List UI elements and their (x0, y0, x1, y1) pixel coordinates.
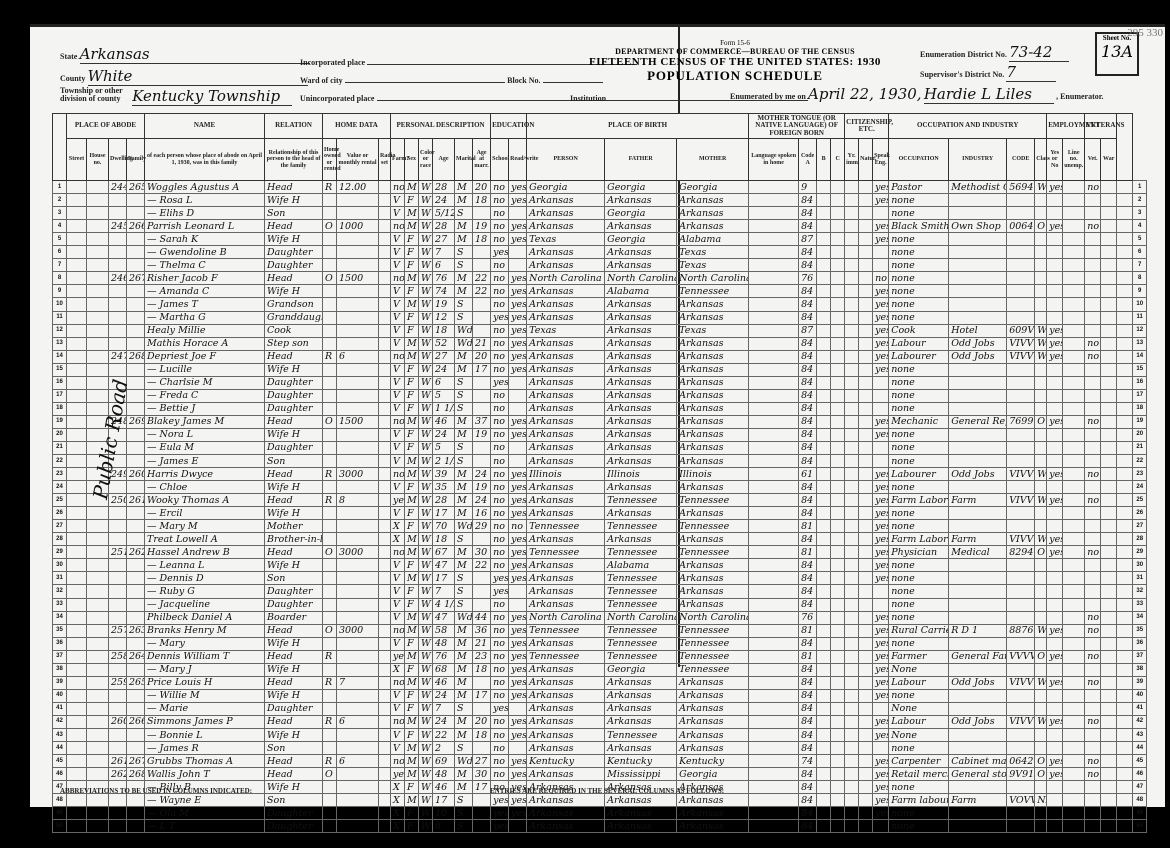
cell-emp (1047, 194, 1063, 207)
cell-rw (509, 259, 527, 272)
cell-empty (749, 807, 799, 820)
cell-am: 30 (473, 546, 491, 559)
cell-empty (379, 663, 391, 676)
cell-race: W (419, 415, 433, 428)
cell-eng: yes (873, 337, 889, 350)
cell-age: 46 (433, 415, 455, 428)
cell-oc: VIVV (1007, 533, 1035, 546)
cell-code: 81 (799, 546, 817, 559)
cell-am: 36 (473, 624, 491, 637)
cell-cls (1035, 311, 1047, 324)
table-row: 36— MaryWife HVFW48M21noyesArkansasTenne… (53, 637, 1147, 650)
cell-mar: M (455, 363, 473, 376)
cell-sch: no (491, 428, 509, 441)
cell-rel: Son (265, 742, 323, 755)
cell-emp (1047, 285, 1063, 298)
cell-empty (817, 337, 831, 350)
cell-empty (749, 415, 799, 428)
cell-empty (859, 311, 873, 324)
cell-empty (67, 415, 87, 428)
table-row: 37258264Dennis William THeadRyesMW76M23n… (53, 650, 1147, 663)
cell-empty (831, 702, 845, 715)
cell-cls (1035, 637, 1047, 650)
cell-occ: None (889, 729, 949, 742)
cell-mb: Tennessee (677, 285, 749, 298)
cell-empty (1101, 363, 1117, 376)
cell-empty (845, 520, 859, 533)
cell-vet (1085, 363, 1101, 376)
line-number: 43 (53, 729, 67, 742)
cell-empty (859, 363, 873, 376)
cell-sch: yes (491, 585, 509, 598)
cell-vet: no (1085, 220, 1101, 233)
cell-oc (1007, 637, 1035, 650)
cell-empty (379, 246, 391, 259)
cell-dw (109, 337, 127, 350)
cell-empty (845, 546, 859, 559)
cell-am (473, 742, 491, 755)
cell-race: W (419, 181, 433, 194)
cell-am: 19 (473, 481, 491, 494)
cell-cls: W (1035, 676, 1047, 689)
cell-empty (1063, 572, 1085, 585)
cell-empty (845, 755, 859, 768)
cell-occ: none (889, 742, 949, 755)
cell-code: 84 (799, 689, 817, 702)
cell-empty (1063, 272, 1085, 285)
cell-empty (817, 233, 831, 246)
cell-own: R (323, 181, 337, 194)
cell-empty (1117, 415, 1133, 428)
cell-am (473, 585, 491, 598)
cell-empty (859, 546, 873, 559)
cell-empty (379, 637, 391, 650)
cell-sch: no (491, 285, 509, 298)
cell-age: 76 (433, 272, 455, 285)
cell-sch: no (491, 533, 509, 546)
cell-age: 7 (433, 246, 455, 259)
cell-cls (1035, 729, 1047, 742)
cell-eng: yes (873, 324, 889, 337)
cell-occ: Mechanic (889, 415, 949, 428)
cell-mb: Tennessee (677, 494, 749, 507)
cell-vet: no (1085, 676, 1101, 689)
cell-empty (859, 676, 873, 689)
cell-pb: Arkansas (527, 715, 605, 728)
cell-pb: Tennessee (527, 650, 605, 663)
cell-empty (817, 207, 831, 220)
cell-empty (817, 598, 831, 611)
cell-ind (949, 285, 1007, 298)
cell-sch: no (491, 729, 509, 742)
cell-empty (859, 742, 873, 755)
cell-empty (845, 337, 859, 350)
cell-mb: Arkansas (677, 689, 749, 702)
cell-sch: no (491, 520, 509, 533)
cell-mb: Arkansas (677, 207, 749, 220)
cell-empty (1101, 742, 1117, 755)
cell-sex: F (405, 689, 419, 702)
cell-race: W (419, 337, 433, 350)
cell-emp: yes (1047, 546, 1063, 559)
cell-eng (873, 389, 889, 402)
cell-rw: yes (509, 298, 527, 311)
cell-empty (1117, 546, 1133, 559)
table-row: 12Healy MillieCookVFW18WdnoyesTexasArkan… (53, 324, 1147, 337)
cell-empty (817, 363, 831, 376)
cell-empty (1063, 415, 1085, 428)
cell-rw: yes (509, 428, 527, 441)
cell-dw: 262 (109, 768, 127, 781)
cell-vet: no (1085, 415, 1101, 428)
cell-age: 6 (433, 259, 455, 272)
cell-own: O (323, 546, 337, 559)
cell-race: W (419, 755, 433, 768)
cell-empty (859, 481, 873, 494)
cell-empty (749, 311, 799, 324)
line-number: 6 (1133, 246, 1147, 259)
cell-empty (845, 441, 859, 454)
cell-empty (1101, 546, 1117, 559)
table-row: 49— Ola MDaughterXFW10SyesyesArkansasArk… (53, 807, 1147, 820)
cell-rel: Daughter (265, 246, 323, 259)
cell-own (323, 311, 337, 324)
table-row: 24— ChloeWife HVFW35M19noyesArkansasArka… (53, 481, 1147, 494)
cell-empty (1063, 337, 1085, 350)
cell-emp (1047, 233, 1063, 246)
line-number: 37 (1133, 650, 1147, 663)
cell-empty (831, 585, 845, 598)
cell-empty (1063, 481, 1085, 494)
cell-race: W (419, 624, 433, 637)
cell-fam: 264 (127, 650, 145, 663)
cell-emp: yes (1047, 324, 1063, 337)
cell-rel: Wife H (265, 559, 323, 572)
cell-val: 3000 (337, 624, 379, 637)
cell-own: R (323, 350, 337, 363)
cell-vet (1085, 324, 1101, 337)
cell-pb: Arkansas (527, 559, 605, 572)
cell-empty (1101, 233, 1117, 246)
cell-sch: no (491, 663, 509, 676)
cell-vet (1085, 272, 1101, 285)
cell-empty (859, 611, 873, 624)
cell-pb: Arkansas (527, 376, 605, 389)
cell-name: Wallis John T (145, 768, 265, 781)
cell-occ: Carpenter (889, 755, 949, 768)
cell-ind (949, 389, 1007, 402)
cell-pb: Arkansas (527, 455, 605, 468)
cell-pb: Tennessee (527, 546, 605, 559)
cell-race: W (419, 220, 433, 233)
cell-empty (1101, 637, 1117, 650)
line-number: 36 (53, 637, 67, 650)
cell-oc: 0642 (1007, 755, 1035, 768)
cell-val: 6 (337, 350, 379, 363)
cell-empty (67, 233, 87, 246)
cell-empty (1117, 337, 1133, 350)
cell-empty (859, 324, 873, 337)
cell-empty (67, 272, 87, 285)
cell-eng (873, 742, 889, 755)
cell-fb: Arkansas (605, 376, 677, 389)
cell-mar: M (455, 468, 473, 481)
cell-code: 84 (799, 729, 817, 742)
cell-empty (87, 559, 109, 572)
cell-cls (1035, 207, 1047, 220)
cell-ind: Farm (949, 494, 1007, 507)
cell-mb: Arkansas (677, 676, 749, 689)
cell-empty (831, 715, 845, 728)
cell-am (473, 441, 491, 454)
cell-occ: Cook (889, 324, 949, 337)
cell-pb: Arkansas (527, 428, 605, 441)
cell-fam: 266 (127, 715, 145, 728)
cell-own (323, 246, 337, 259)
cell-val (337, 285, 379, 298)
cell-empty (1063, 246, 1085, 259)
cell-pb: Texas (527, 233, 605, 246)
cell-rel: Son (265, 572, 323, 585)
cell-empty (1101, 376, 1117, 389)
cell-empty (1063, 389, 1085, 402)
cell-empty (845, 637, 859, 650)
cell-rw: yes (509, 337, 527, 350)
cell-race: W (419, 311, 433, 324)
cell-vet (1085, 729, 1101, 742)
cell-cls: W (1035, 468, 1047, 481)
cell-empty (749, 389, 799, 402)
cell-empty (1117, 768, 1133, 781)
line-number: 10 (1133, 298, 1147, 311)
cell-empty (845, 402, 859, 415)
cell-empty (379, 259, 391, 272)
cell-eng: yes (873, 494, 889, 507)
line-number: 42 (1133, 715, 1147, 728)
cell-empty (845, 324, 859, 337)
cell-farm: no (391, 272, 405, 285)
cell-own (323, 441, 337, 454)
cell-race: W (419, 598, 433, 611)
cell-am (473, 207, 491, 220)
cell-cls: W (1035, 494, 1047, 507)
cell-empty (749, 376, 799, 389)
cell-mar: S (455, 598, 473, 611)
cell-fb: Tennessee (605, 598, 677, 611)
cell-empty (831, 415, 845, 428)
cell-am: 20 (473, 181, 491, 194)
cell-rw: yes (509, 272, 527, 285)
cell-empty (845, 807, 859, 820)
cell-own (323, 533, 337, 546)
cell-empty (67, 181, 87, 194)
line-number: 3 (1133, 207, 1147, 220)
cell-occ: none (889, 298, 949, 311)
cell-rw: yes (509, 637, 527, 650)
cell-mar: S (455, 742, 473, 755)
cell-fb: Arkansas (605, 533, 677, 546)
table-row: 46262268Wallis John THeadOyesMW48M30noye… (53, 768, 1147, 781)
cell-name: — Ola M (145, 807, 265, 820)
cell-own: O (323, 768, 337, 781)
cell-own (323, 572, 337, 585)
cell-name: Risher Jacob F (145, 272, 265, 285)
line-number: 21 (1133, 441, 1147, 454)
cell-oc: 0064 (1007, 220, 1035, 233)
cell-fb: Arkansas (605, 455, 677, 468)
cell-fb: Alabama (605, 285, 677, 298)
cell-oc (1007, 272, 1035, 285)
cell-age: 24 (433, 428, 455, 441)
cell-am (473, 324, 491, 337)
line-number: 18 (1133, 402, 1147, 415)
cell-age: 10 (433, 807, 455, 820)
cell-rw: yes (509, 494, 527, 507)
cell-code: 84 (799, 220, 817, 233)
cell-mar: S (455, 820, 473, 833)
cell-fb: Arkansas (605, 220, 677, 233)
cell-eng: yes (873, 233, 889, 246)
cell-empty (817, 729, 831, 742)
cell-sex: F (405, 481, 419, 494)
cell-own (323, 207, 337, 220)
line-number: 46 (1133, 768, 1147, 781)
cell-farm: no (391, 181, 405, 194)
cell-fam (127, 585, 145, 598)
cell-empty (1117, 220, 1133, 233)
table-row: 13Mathis Horace AStep sonVMW52Wd21noyesA… (53, 337, 1147, 350)
cell-ind (949, 259, 1007, 272)
cell-cls (1035, 233, 1047, 246)
cell-dw (109, 207, 127, 220)
cell-oc: VIVV (1007, 715, 1035, 728)
cell-oc (1007, 663, 1035, 676)
cell-rel: Head (265, 350, 323, 363)
cell-emp (1047, 520, 1063, 533)
cell-sex: F (405, 507, 419, 520)
cell-pb: Arkansas (527, 585, 605, 598)
cell-empty (1117, 689, 1133, 702)
cell-mar: M (455, 507, 473, 520)
cell-occ: none (889, 402, 949, 415)
cell-empty (379, 624, 391, 637)
cell-oc (1007, 207, 1035, 220)
cell-rw: yes (509, 481, 527, 494)
cell-empty (831, 389, 845, 402)
cell-fb: Arkansas (605, 689, 677, 702)
cell-occ: Farmer (889, 650, 949, 663)
cell-empty (845, 246, 859, 259)
cell-code: 84 (799, 363, 817, 376)
cell-val (337, 702, 379, 715)
cell-val (337, 650, 379, 663)
cell-empty (859, 807, 873, 820)
cell-empty (859, 702, 873, 715)
cell-vet (1085, 559, 1101, 572)
cell-vet (1085, 637, 1101, 650)
cell-rw (509, 455, 527, 468)
cell-fam (127, 311, 145, 324)
cell-rel: Daughter (265, 702, 323, 715)
cell-dw (109, 742, 127, 755)
cell-pb: Georgia (527, 181, 605, 194)
cell-ind: R D 1 (949, 624, 1007, 637)
table-row: 22— James ESonVMW2 1/2SnoArkansasArkansa… (53, 455, 1147, 468)
cell-empty (87, 650, 109, 663)
cell-empty (379, 311, 391, 324)
cell-sch: yes (491, 820, 509, 833)
cell-sex: M (405, 715, 419, 728)
cell-cls: O (1035, 650, 1047, 663)
cell-dw: 244 (109, 181, 127, 194)
cell-empty (379, 428, 391, 441)
cell-eng: yes (873, 311, 889, 324)
cell-occ: none (889, 507, 949, 520)
cell-empty (817, 559, 831, 572)
cell-rel: Wife H (265, 194, 323, 207)
cell-empty (1101, 455, 1117, 468)
cell-dw (109, 611, 127, 624)
cell-fam (127, 559, 145, 572)
cell-pb: Arkansas (527, 702, 605, 715)
cell-race: W (419, 650, 433, 663)
cell-empty (67, 689, 87, 702)
cell-farm: V (391, 298, 405, 311)
cell-am: 17 (473, 689, 491, 702)
cell-empty (859, 585, 873, 598)
cell-empty (379, 598, 391, 611)
line-number: 21 (53, 441, 67, 454)
cell-am: 23 (473, 650, 491, 663)
cell-code: 84 (799, 572, 817, 585)
cell-empty (831, 311, 845, 324)
cell-fb: Tennessee (605, 546, 677, 559)
cell-val (337, 441, 379, 454)
cell-pb: Arkansas (527, 494, 605, 507)
cell-empty (87, 807, 109, 820)
cell-code: 84 (799, 376, 817, 389)
cell-race: W (419, 324, 433, 337)
cell-rw: yes (509, 415, 527, 428)
cell-empty (817, 194, 831, 207)
cell-race: W (419, 350, 433, 363)
county-value: White (88, 67, 308, 86)
cell-empty (845, 233, 859, 246)
cell-empty (67, 676, 87, 689)
line-number: 23 (1133, 468, 1147, 481)
cell-occ: none (889, 363, 949, 376)
line-number: 32 (1133, 585, 1147, 598)
cell-empty (749, 441, 799, 454)
cell-name: — James E (145, 455, 265, 468)
cell-fam: 263 (127, 624, 145, 637)
cell-empty (1063, 742, 1085, 755)
cell-ind (949, 507, 1007, 520)
cell-sch: no (491, 611, 509, 624)
cell-empty (845, 389, 859, 402)
cell-code: 76 (799, 272, 817, 285)
cell-empty (845, 676, 859, 689)
cell-age: 46 (433, 676, 455, 689)
cell-empty (379, 611, 391, 624)
cell-empty (1063, 820, 1085, 833)
cell-name: Mathis Horace A (145, 337, 265, 350)
cell-mb: Arkansas (677, 402, 749, 415)
cell-empty (845, 650, 859, 663)
cell-empty (817, 533, 831, 546)
cell-dw: 258 (109, 650, 127, 663)
cell-mar: S (455, 207, 473, 220)
